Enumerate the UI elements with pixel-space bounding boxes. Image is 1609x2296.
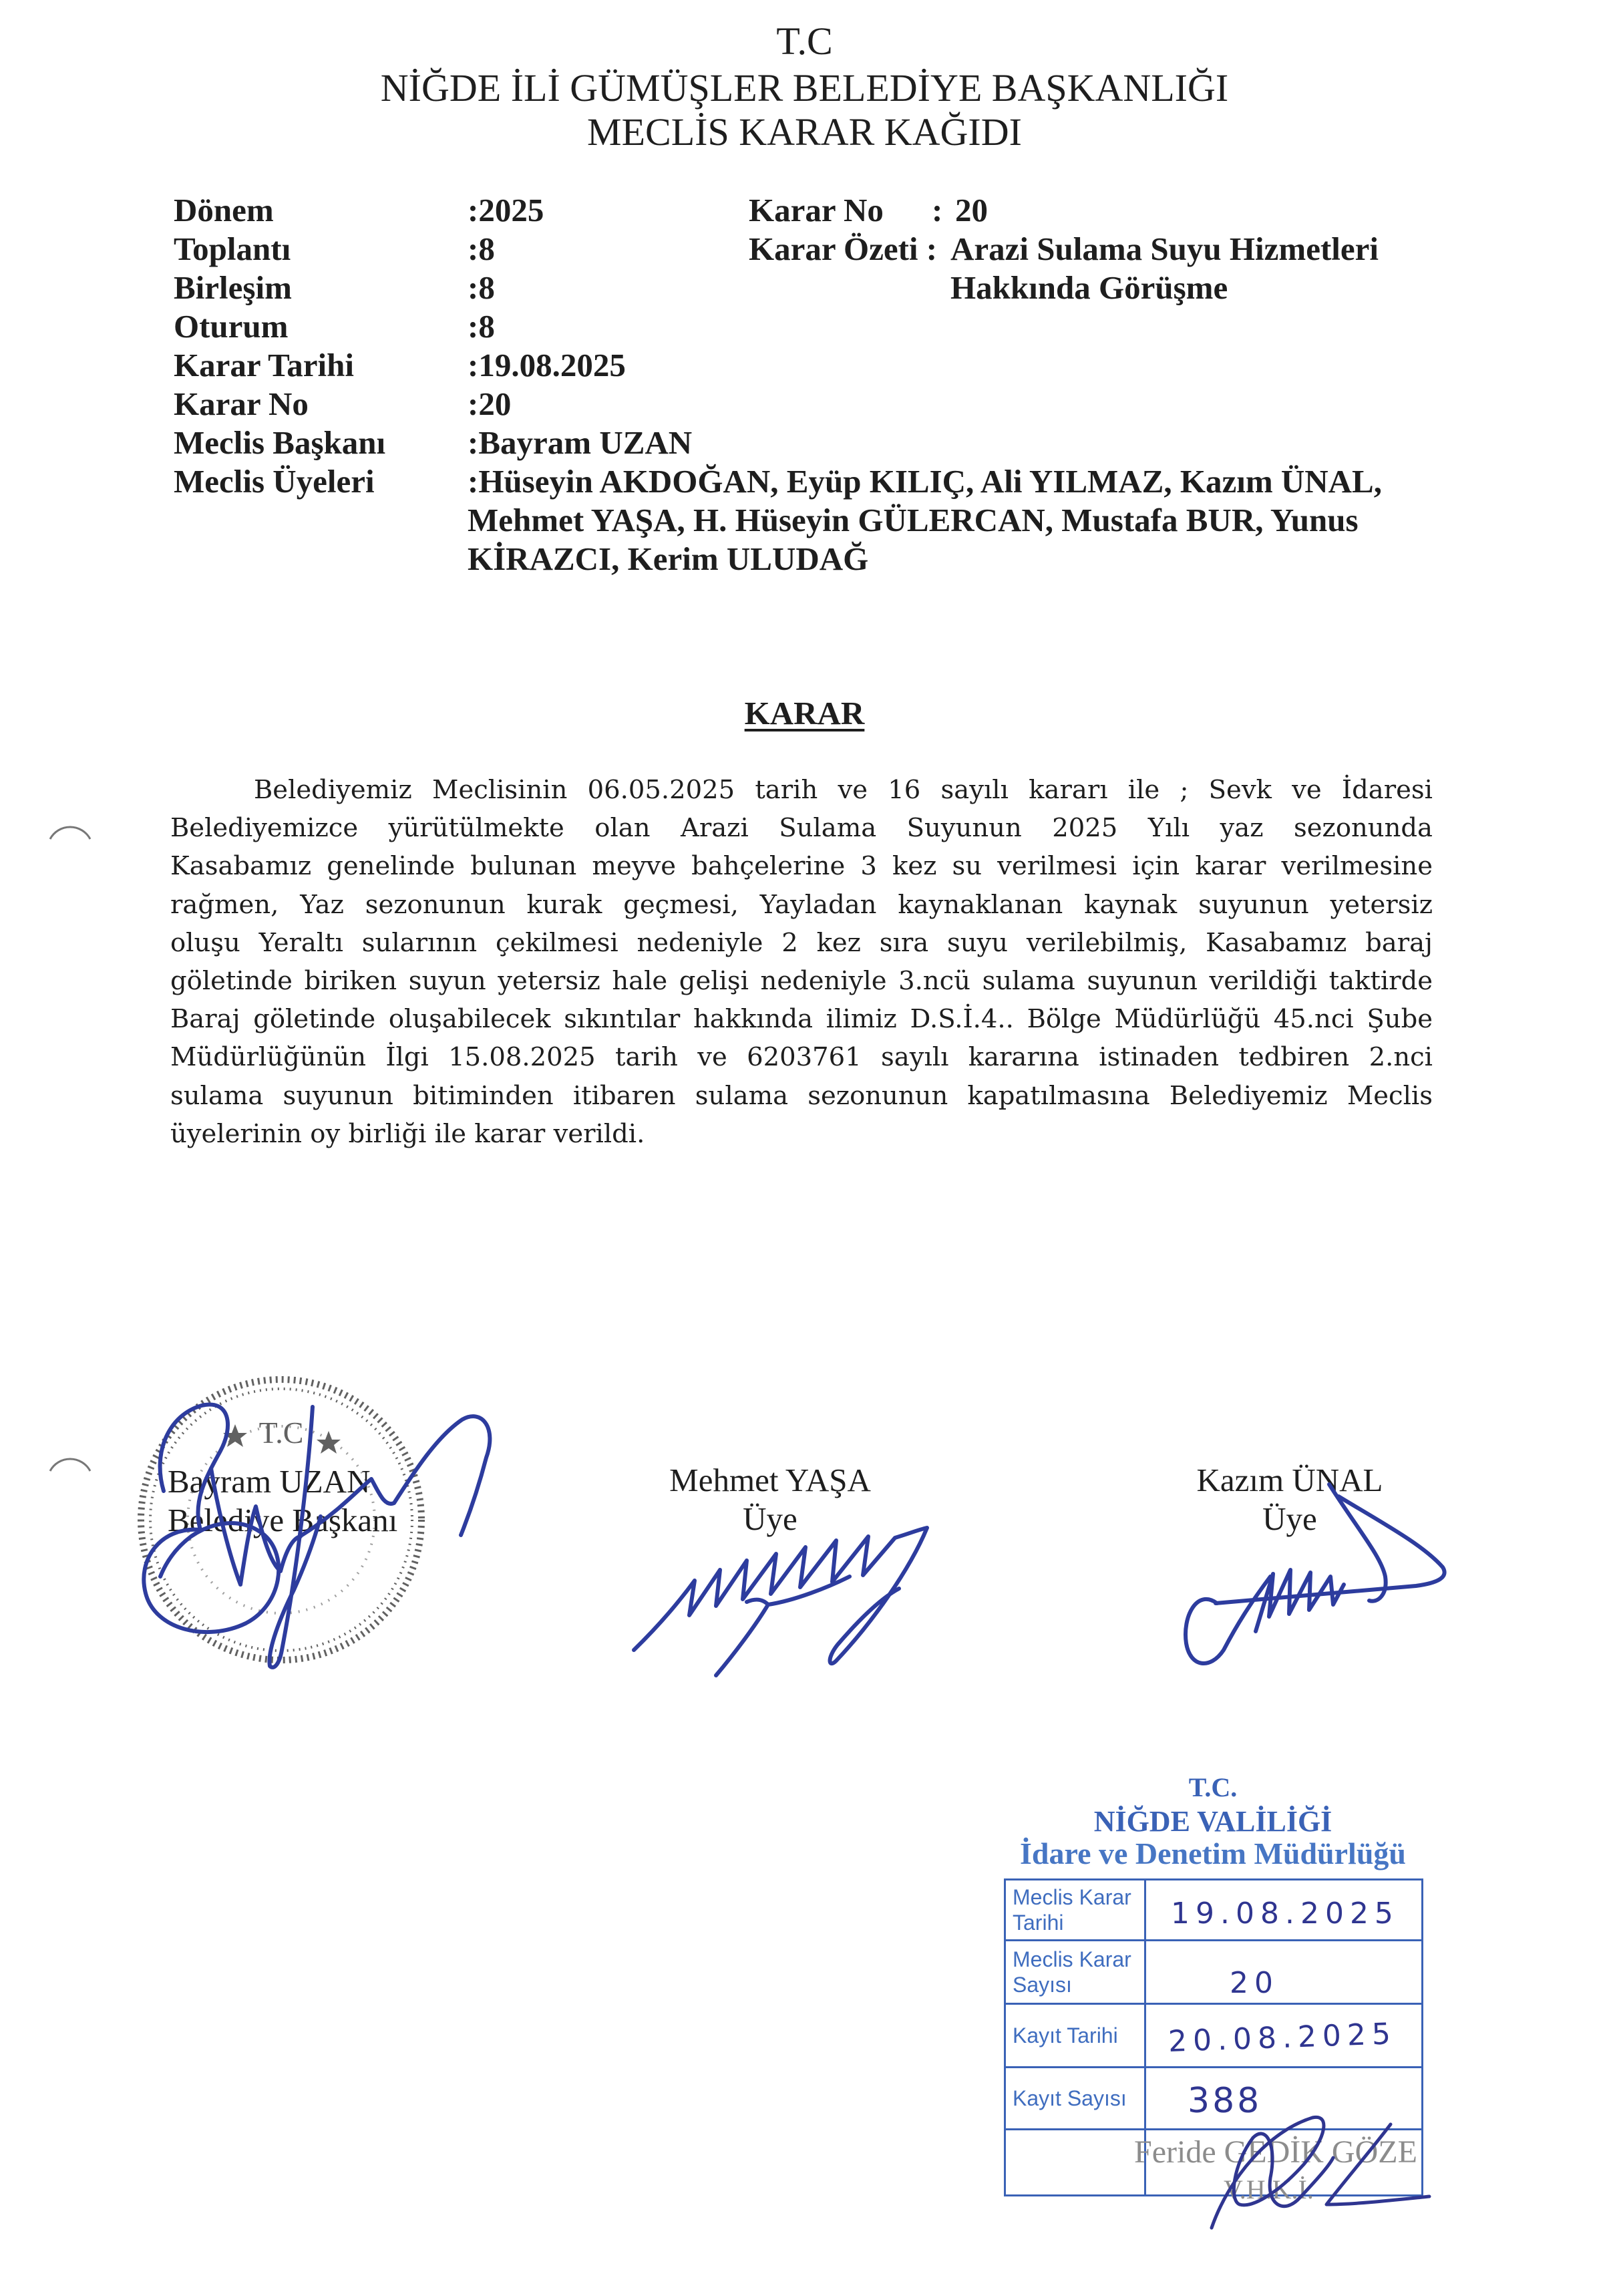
signatory-title: Üye xyxy=(1156,1500,1423,1538)
info-row-sitting: Oturum :8 xyxy=(174,307,1443,346)
decision-heading: KARAR xyxy=(0,694,1609,733)
info-value: :19.08.2025 xyxy=(468,346,1443,385)
header-form-title: MECLİS KARAR KAĞIDI xyxy=(0,110,1609,155)
info-label: Meclis Üyeleri xyxy=(174,462,468,579)
decision-body-line: göletinde biriken suyun yetersiz hale ge… xyxy=(170,962,1433,1000)
info-label: Karar No xyxy=(174,385,468,424)
registry-officer-label-cell xyxy=(1006,2128,1146,2194)
registry-officer-cell: Feride GEDİK GÖZE V.H.K.İ. xyxy=(1146,2128,1421,2194)
info-value: :Bayram UZAN xyxy=(468,424,1443,462)
info-label: Meclis Başkanı xyxy=(174,424,468,462)
info-value: :8 xyxy=(468,307,1443,346)
registry-officer-name: Feride GEDİK GÖZE xyxy=(1134,2134,1417,2171)
decision-summary-row: Karar Özeti : Arazi Sulama Suyu Hizmetle… xyxy=(749,230,1430,269)
header-institution: NİĞDE İLİ GÜMÜŞLER BELEDİYE BAŞKANLIĞI xyxy=(0,65,1609,111)
seal-top-text: T.C xyxy=(259,1416,304,1450)
signatory-title: Üye xyxy=(637,1500,904,1538)
registry-value-decision-date: 19.08.2025 xyxy=(1171,1897,1399,1931)
registry-stamp-line2: NİĞDE VALİLİĞİ xyxy=(946,1805,1480,1838)
signatory-name: Bayram UZAN xyxy=(168,1462,397,1501)
registry-value-record-date: 20.08.2025 xyxy=(1168,2017,1397,2059)
decision-body-line: Müdürlüğünün İlgi 15.08.2025 tarih ve 62… xyxy=(170,1038,1433,1076)
signatory-name: Mehmet YAŞA xyxy=(637,1461,904,1500)
registry-label-record-date: Kayıt Tarihi xyxy=(1006,2003,1146,2066)
registry-stamp-line3: İdare ve Denetim Müdürlüğü xyxy=(946,1837,1480,1870)
registry-stamp-table: Meclis Karar Tarihi 19.08.2025 Meclis Ka… xyxy=(1004,1878,1423,2196)
signature-block-mayor: Bayram UZAN Belediye Başkanı xyxy=(168,1462,397,1540)
registry-value-record-number: 388 xyxy=(1188,2084,1262,2118)
decision-summary-value: Arazi Sulama Suyu Hizmetleri Hakkında Gö… xyxy=(950,230,1418,307)
decision-body: Belediyemiz Meclisinin 06.05.2025 tarih … xyxy=(170,771,1433,1153)
decision-summary-label: Karar Özeti : xyxy=(749,230,937,269)
registry-officer-title: V.H.K.İ. xyxy=(1224,2174,1314,2205)
info-label: Oturum xyxy=(174,307,468,346)
decision-body-line: oluşu Yeraltı sularının çekilmesi nedeni… xyxy=(170,924,1433,962)
info-row-decision-date: Karar Tarihi :19.08.2025 xyxy=(174,346,1443,385)
info-label: Birleşim xyxy=(174,269,468,307)
decision-body-line: üyelerinin oy birliği ile karar verildi. xyxy=(170,1115,1433,1153)
seal-star-icon xyxy=(223,1424,247,1447)
registry-value-decision-number: 20 xyxy=(1230,1967,1279,2000)
punch-hole-mark-icon xyxy=(50,827,90,839)
council-decision-page: T.C T.C NİĞDE İLİ GÜMÜŞLER BELEDİYE BAŞK… xyxy=(0,0,1609,2296)
info-value: :Hüseyin AKDOĞAN, Eyüp KILIÇ, Ali YILMAZ… xyxy=(468,462,1443,579)
signature-block-member-1: Mehmet YAŞA Üye xyxy=(637,1461,904,1538)
seal-star-icon xyxy=(317,1431,341,1454)
decision-number-separator: : xyxy=(932,191,942,230)
decision-summary-block: Karar No : 20 Karar Özeti : Arazi Sulama… xyxy=(749,191,1430,269)
signatory-title: Belediye Başkanı xyxy=(168,1501,397,1540)
registry-value-cell: 19.08.2025 xyxy=(1146,1880,1421,1939)
decision-body-line: Kasabamız genelinde bulunan meyve bahçel… xyxy=(170,847,1433,885)
registry-value-cell: 20 xyxy=(1146,1939,1421,2003)
signature-member-1-icon xyxy=(634,1528,927,1675)
decision-number-value: 20 xyxy=(955,191,988,230)
registry-value-cell: 20.08.2025 xyxy=(1146,2003,1421,2066)
registry-stamp-line1: T.C. xyxy=(946,1772,1480,1803)
header-country: T.C xyxy=(0,19,1609,64)
decision-heading-text: KARAR xyxy=(745,695,865,731)
info-row-decision-no: Karar No :20 xyxy=(174,385,1443,424)
registry-label-decision-number: Meclis Karar Sayısı xyxy=(1006,1939,1146,2003)
registry-label-decision-date: Meclis Karar Tarihi xyxy=(1006,1880,1146,1939)
decision-body-line: Baraj göletinde oluşabilecek sıkıntılar … xyxy=(170,1000,1433,1038)
signatory-name: Kazım ÜNAL xyxy=(1156,1461,1423,1500)
info-row-council-chair: Meclis Başkanı :Bayram UZAN xyxy=(174,424,1443,462)
punch-hole-mark-icon xyxy=(50,1459,90,1471)
decision-body-line: sulama suyunun bitiminden itibaren sulam… xyxy=(170,1077,1433,1115)
decision-number-label: Karar No xyxy=(749,191,884,230)
decision-number-row: Karar No : 20 xyxy=(749,191,1430,230)
registry-value-cell: 388 xyxy=(1146,2066,1421,2128)
registry-label-record-number: Kayıt Sayısı xyxy=(1006,2066,1146,2128)
info-label: Dönem xyxy=(174,191,468,230)
decision-body-line: Belediyemiz Meclisinin 06.05.2025 tarih … xyxy=(170,771,1433,809)
info-row-council-members: Meclis Üyeleri :Hüseyin AKDOĞAN, Eyüp KI… xyxy=(174,462,1443,579)
decision-body-line: rağmen, Yaz sezonunun kurak geçmesi, Yay… xyxy=(170,886,1433,924)
info-label: Toplantı xyxy=(174,230,468,269)
info-label: Karar Tarihi xyxy=(174,346,468,385)
signature-block-member-2: Kazım ÜNAL Üye xyxy=(1156,1461,1423,1538)
decision-body-line: Belediyemizce yürütülmekte olan Arazi Su… xyxy=(170,809,1433,847)
info-value: :20 xyxy=(468,385,1443,424)
